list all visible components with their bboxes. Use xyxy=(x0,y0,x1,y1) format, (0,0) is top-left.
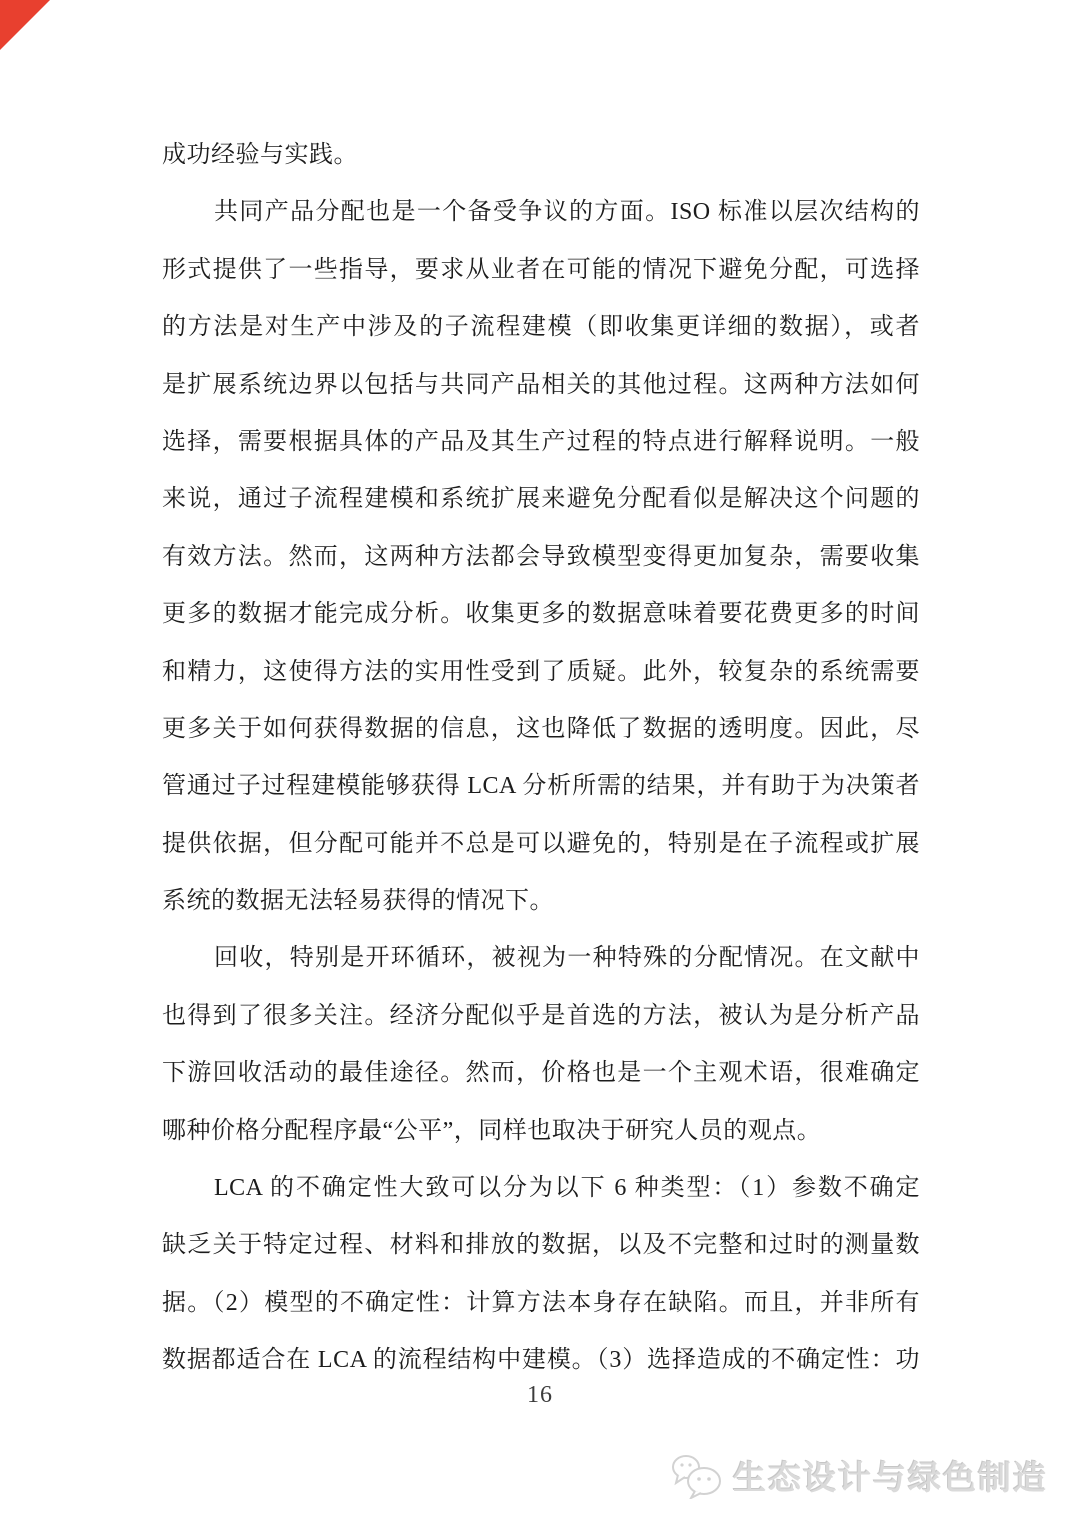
text-line: 选择，需要根据具体的产品及其生产过程的特点进行解释说明。一般 xyxy=(162,414,920,471)
channel-watermark-label: 生态设计与绿色制造 xyxy=(733,1452,1048,1499)
text-line: 有效方法。然而，这两种方法都会导致模型变得更加复杂，需要收集 xyxy=(162,529,920,586)
corner-fold-triangle xyxy=(0,0,50,50)
document-page: 成功经验与实践。共同产品分配也是一个备受争议的方面。ISO 标准以层次结构的形式… xyxy=(0,0,1080,1526)
text-line: 更多的数据才能完成分析。收集更多的数据意味着要花费更多的时间 xyxy=(162,586,920,643)
text-line: 也得到了很多关注。经济分配似乎是首选的方法，被认为是分析产品 xyxy=(162,988,920,1045)
body-text: 成功经验与实践。共同产品分配也是一个备受争议的方面。ISO 标准以层次结构的形式… xyxy=(162,127,920,1390)
text-line: 哪种价格分配程序最“公平”，同样也取决于研究人员的观点。 xyxy=(162,1103,920,1160)
text-line: 更多关于如何获得数据的信息，这也降低了数据的透明度。因此，尽 xyxy=(162,701,920,758)
corner-fold-marker xyxy=(0,0,50,50)
text-line: LCA 的不确定性大致可以分为以下 6 种类型：（1）参数不确定性： xyxy=(162,1160,920,1217)
text-line: 管通过子过程建模能够获得 LCA 分析所需的结果，并有助于为决策者 xyxy=(162,758,920,815)
channel-watermark: 生态设计与绿色制造 xyxy=(671,1452,1048,1499)
text-line: 形式提供了一些指导，要求从业者在可能的情况下避免分配，可选择 xyxy=(162,242,920,299)
text-line: 提供依据，但分配可能并不总是可以避免的，特别是在子流程或扩展 xyxy=(162,816,920,873)
text-line: 缺乏关于特定过程、材料和排放的数据，以及不完整和过时的测量数 xyxy=(162,1217,920,1274)
text-line: 据。（2）模型的不确定性：计算方法本身存在缺陷。而且，并非所有 xyxy=(162,1275,920,1332)
text-line: 和精力，这使得方法的实用性受到了质疑。此外，较复杂的系统需要 xyxy=(162,644,920,701)
text-line: 共同产品分配也是一个备受争议的方面。ISO 标准以层次结构的 xyxy=(162,184,920,241)
text-line: 是扩展系统边界以包括与共同产品相关的其他过程。这两种方法如何 xyxy=(162,357,920,414)
text-line: 系统的数据无法轻易获得的情况下。 xyxy=(162,873,920,930)
page-number: 16 xyxy=(0,1375,1080,1415)
text-line: 成功经验与实践。 xyxy=(162,127,920,184)
text-line: 回收，特别是开环循环，被视为一种特殊的分配情况。在文献中 xyxy=(162,930,920,987)
text-line: 来说，通过子流程建模和系统扩展来避免分配看似是解决这个问题的 xyxy=(162,471,920,528)
text-line: 的方法是对生产中涉及的子流程建模（即收集更详细的数据），或者 xyxy=(162,299,920,356)
wechat-chat-bubbles-icon xyxy=(671,1453,723,1499)
text-line: 下游回收活动的最佳途径。然而，价格也是一个主观术语，很难确定 xyxy=(162,1045,920,1102)
